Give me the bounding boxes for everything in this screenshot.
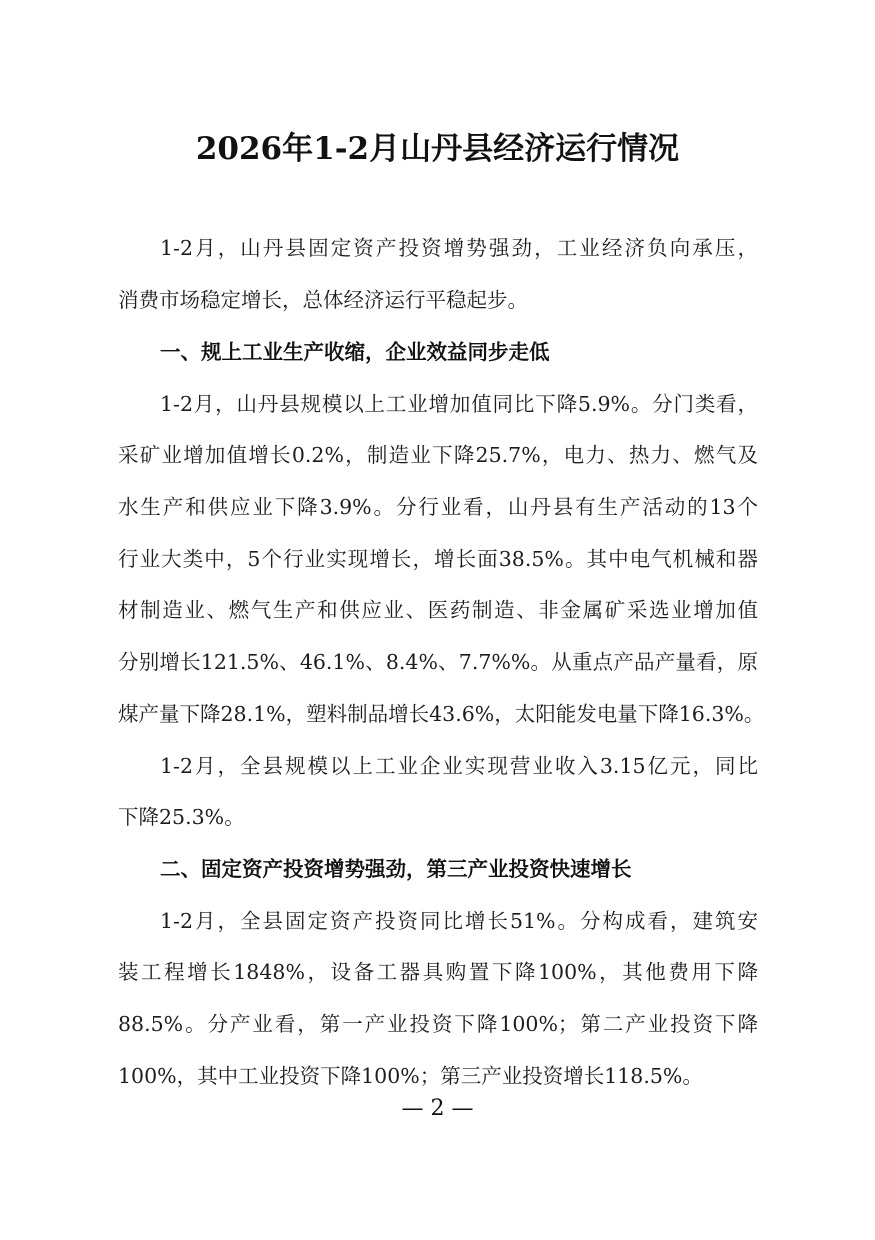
s1p1-line-6: 分别增长121.5%、46.1%、8.4%、7.7%%。从重点产品产量看，原 (118, 647, 758, 677)
s2p1-line-3: 88.5%。分产业看，第一产业投资下降100%；第二产业投资下降 (118, 1009, 758, 1039)
s1p1-line-3: 水生产和供应业下降3.9%。分行业看，山丹县有生产活动的13个 (118, 492, 758, 522)
section-1-heading: 一、规上工业生产收缩，企业效益同步走低 (160, 337, 550, 367)
s1p1-line-5: 材制造业、燃气生产和供应业、医药制造、非金属矿采选业增加值 (118, 595, 758, 625)
section-2-heading: 二、固定资产投资增势强劲，第三产业投资快速增长 (160, 854, 632, 884)
intro-line-2: 消费市场稳定增长，总体经济运行平稳起步。 (118, 285, 758, 315)
s1p1-line-2: 采矿业增加值增长0.2%，制造业下降25.7%，电力、热力、燃气及 (118, 440, 758, 470)
s1p1-line-4: 行业大类中，5个行业实现增长，增长面38.5%。其中电气机械和器 (118, 544, 758, 574)
page-number: — 2 — (0, 1094, 875, 1124)
document-title: 2026年1-2月山丹县经济运行情况 (0, 127, 875, 171)
s1p1-line-1: 1-2月，山丹县规模以上工业增加值同比下降5.9%。分门类看， (160, 389, 758, 419)
s1p2-line-1: 1-2月，全县规模以上工业企业实现营业收入3.15亿元，同比 (160, 751, 758, 781)
s2p1-line-2: 装工程增长1848%，设备工器具购置下降100%，其他费用下降 (118, 957, 758, 987)
s2p1-line-4: 100%，其中工业投资下降100%；第三产业投资增长118.5%。 (118, 1061, 758, 1091)
document-page: 2026年1-2月山丹县经济运行情况 1-2月，山丹县固定资产投资增势强劲，工业… (0, 0, 875, 1240)
s1p2-line-2: 下降25.3%。 (118, 802, 758, 832)
intro-line-1: 1-2月，山丹县固定资产投资增势强劲，工业经济负向承压， (160, 233, 758, 263)
s2p1-line-1: 1-2月，全县固定资产投资同比增长51%。分构成看，建筑安 (160, 906, 758, 936)
s1p1-line-7: 煤产量下降28.1%，塑料制品增长43.6%，太阳能发电量下降16.3%。 (118, 699, 758, 729)
